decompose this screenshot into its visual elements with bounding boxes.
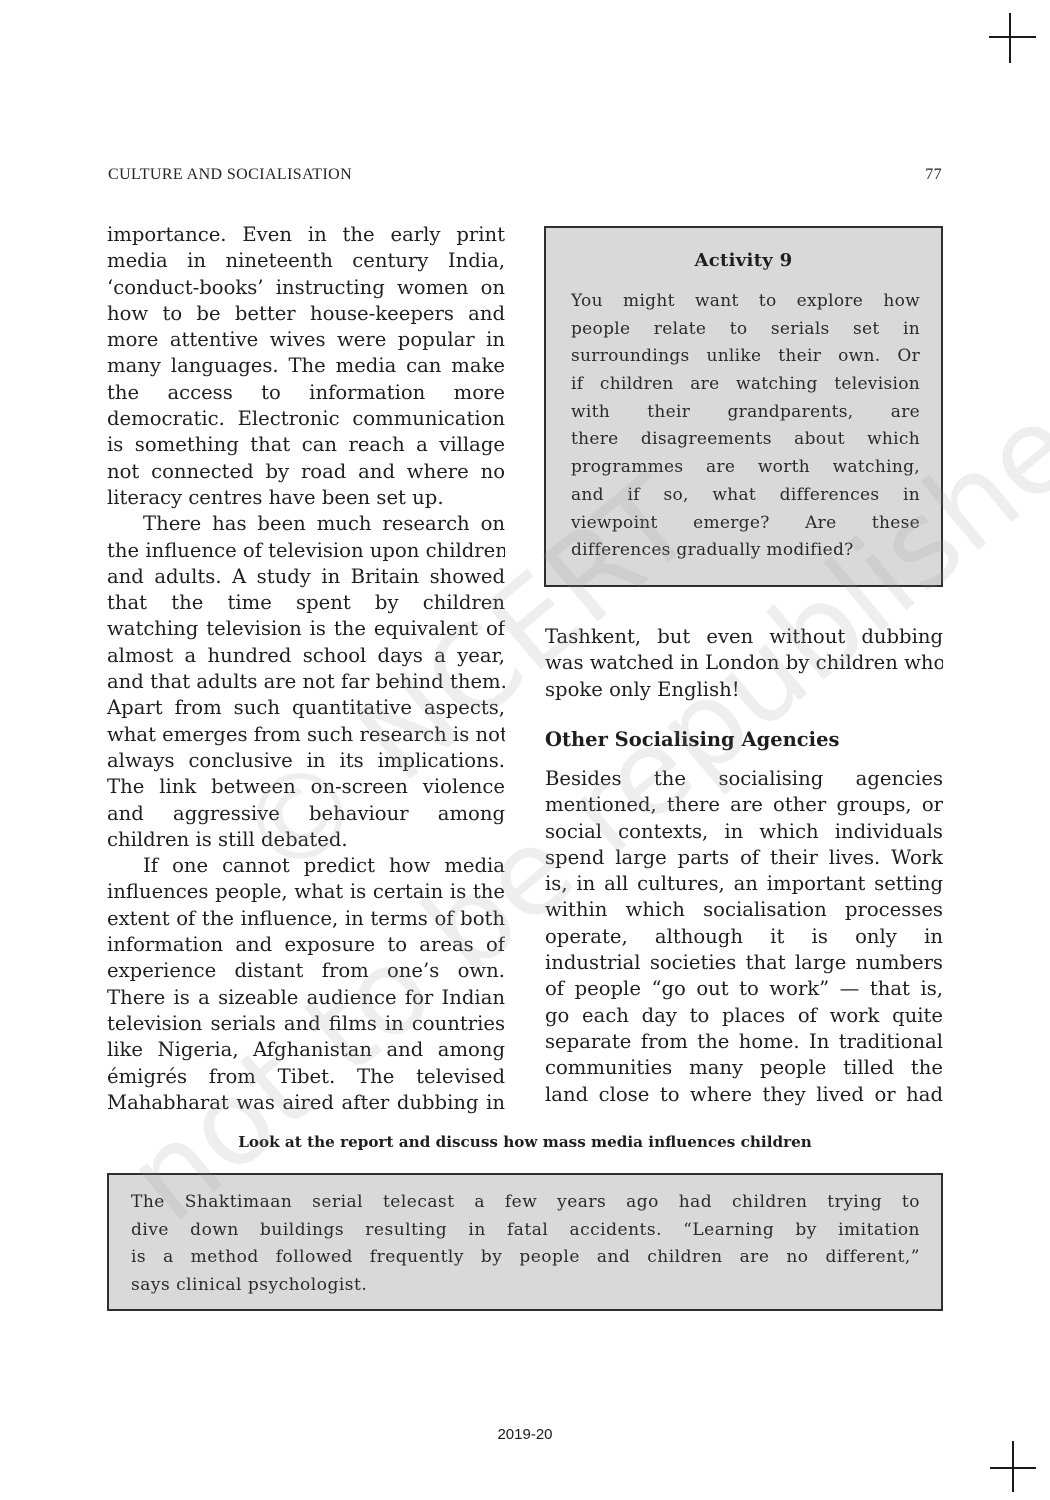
text-line: is something that can reach a village bbox=[107, 432, 505, 458]
text-line: with their grandparents, are bbox=[571, 399, 920, 427]
text-line: separate from the home. In traditional bbox=[545, 1029, 943, 1055]
report-caption: Look at the report and discuss how mass … bbox=[107, 1133, 943, 1151]
text-line: You might want to explore how bbox=[571, 288, 920, 316]
text-line: how to be better house-keepers and bbox=[107, 301, 505, 327]
text-line: émigrés from Tibet. The televised bbox=[107, 1064, 505, 1090]
left-column: importance. Even in the early print medi… bbox=[107, 222, 505, 1116]
text-line: is a method followed frequently by peopl… bbox=[131, 1244, 920, 1272]
text-line: says clinical psychologist. bbox=[131, 1272, 920, 1300]
text-line: and that adults are not far behind them. bbox=[107, 669, 505, 695]
page-number: 77 bbox=[925, 166, 942, 184]
paragraph-media-history: importance. Even in the early print medi… bbox=[107, 222, 505, 511]
text-line: The link between on-screen violence bbox=[107, 774, 505, 800]
text-line: spoke only English! bbox=[545, 677, 943, 703]
text-line: there disagreements about which bbox=[571, 426, 920, 454]
text-line: and aggressive behaviour among bbox=[107, 801, 505, 827]
text-line: and adults. A study in Britain showed bbox=[107, 564, 505, 590]
text-line: Tashkent, but even without dubbing bbox=[545, 624, 943, 650]
paragraph-media-influence: If one cannot predict how media influenc… bbox=[107, 853, 505, 1116]
running-header: CULTURE AND SOCIALISATION 77 bbox=[108, 166, 942, 188]
text-line: importance. Even in the early print bbox=[107, 222, 505, 248]
activity-box: Activity 9 You might want to explore how… bbox=[544, 226, 943, 587]
text-line: influences people, what is certain is th… bbox=[107, 879, 505, 905]
text-line: viewpoint emerge? Are these bbox=[571, 510, 920, 538]
footer-year: 2019-20 bbox=[0, 1426, 1050, 1443]
text-line: Mahabharat was aired after dubbing in bbox=[107, 1090, 505, 1116]
text-line: There is a sizeable audience for Indian bbox=[107, 985, 505, 1011]
text-line: more attentive wives were popular in bbox=[107, 327, 505, 353]
text-line: always conclusive in its implications. bbox=[107, 748, 505, 774]
text-line: communities many people tilled the bbox=[545, 1055, 943, 1081]
text-line: ‘conduct-books’ instructing women on bbox=[107, 275, 505, 301]
text-line: surroundings unlike their own. Or bbox=[571, 343, 920, 371]
text-line: the access to information more bbox=[107, 380, 505, 406]
text-line: like Nigeria, Afghanistan and among bbox=[107, 1037, 505, 1063]
paragraph-television-research: There has been much research on the infl… bbox=[107, 511, 505, 853]
right-column-section: Besides the socialising agencies mention… bbox=[545, 766, 943, 1108]
text-line: within which socialisation processes bbox=[545, 897, 943, 923]
text-line: and if so, what differences in bbox=[571, 482, 920, 510]
report-box: The Shaktimaan serial telecast a few yea… bbox=[107, 1173, 943, 1311]
text-line: the influence of television upon childre… bbox=[107, 538, 505, 564]
text-line: Besides the socialising agencies bbox=[545, 766, 943, 792]
section-heading: Other Socialising Agencies bbox=[545, 728, 839, 751]
activity-title: Activity 9 bbox=[546, 250, 941, 271]
text-line: almost a hundred school days a year, bbox=[107, 643, 505, 669]
paragraph-continuation: Tashkent, but even without dubbing was w… bbox=[545, 624, 943, 703]
report-body: The Shaktimaan serial telecast a few yea… bbox=[131, 1189, 920, 1299]
text-line: people relate to serials set in bbox=[571, 316, 920, 344]
text-line: what emerges from such research is not bbox=[107, 722, 505, 748]
text-line: watching television is the equivalent of bbox=[107, 616, 505, 642]
text-line: if children are watching television bbox=[571, 371, 920, 399]
text-line: land close to where they lived or had bbox=[545, 1082, 943, 1108]
text-line: extent of the influence, in terms of bot… bbox=[107, 906, 505, 932]
text-line: literacy centres have been set up. bbox=[107, 485, 505, 511]
text-line: social contexts, in which individuals bbox=[545, 819, 943, 845]
text-line: television serials and films in countrie… bbox=[107, 1011, 505, 1037]
text-line: mentioned, there are other groups, or bbox=[545, 792, 943, 818]
text-line: information and exposure to areas of bbox=[107, 932, 505, 958]
activity-body: You might want to explore how people rel… bbox=[571, 288, 920, 565]
text-line: democratic. Electronic communication bbox=[107, 406, 505, 432]
textbook-page: CULTURE AND SOCIALISATION 77 importance.… bbox=[0, 0, 1050, 1500]
text-line: The Shaktimaan serial telecast a few yea… bbox=[131, 1189, 920, 1217]
paragraph-other-agencies: Besides the socialising agencies mention… bbox=[545, 766, 943, 1108]
text-line: dive down buildings resulting in fatal a… bbox=[131, 1217, 920, 1245]
text-line: is, in all cultures, an important settin… bbox=[545, 871, 943, 897]
text-line: industrial societies that large numbers bbox=[545, 950, 943, 976]
text-line: operate, although it is only in bbox=[545, 924, 943, 950]
text-line: go each day to places of work quite bbox=[545, 1003, 943, 1029]
text-line: that the time spent by children bbox=[107, 590, 505, 616]
text-line: programmes are worth watching, bbox=[571, 454, 920, 482]
chapter-title: CULTURE AND SOCIALISATION bbox=[108, 166, 352, 184]
text-line: many languages. The media can make bbox=[107, 353, 505, 379]
text-line: not connected by road and where no bbox=[107, 459, 505, 485]
text-line: media in nineteenth century India, bbox=[107, 248, 505, 274]
text-line: Apart from such quantitative aspects, bbox=[107, 695, 505, 721]
text-line: experience distant from one’s own. bbox=[107, 958, 505, 984]
text-line: If one cannot predict how media bbox=[107, 853, 505, 879]
text-line: differences gradually modified? bbox=[571, 537, 920, 565]
text-line: There has been much research on bbox=[107, 511, 505, 537]
right-column-continuation: Tashkent, but even without dubbing was w… bbox=[545, 624, 943, 703]
text-line: of people “go out to work” — that is, bbox=[545, 976, 943, 1002]
text-line: children is still debated. bbox=[107, 827, 505, 853]
text-line: was watched in London by children who bbox=[545, 650, 943, 676]
text-line: spend large parts of their lives. Work bbox=[545, 845, 943, 871]
